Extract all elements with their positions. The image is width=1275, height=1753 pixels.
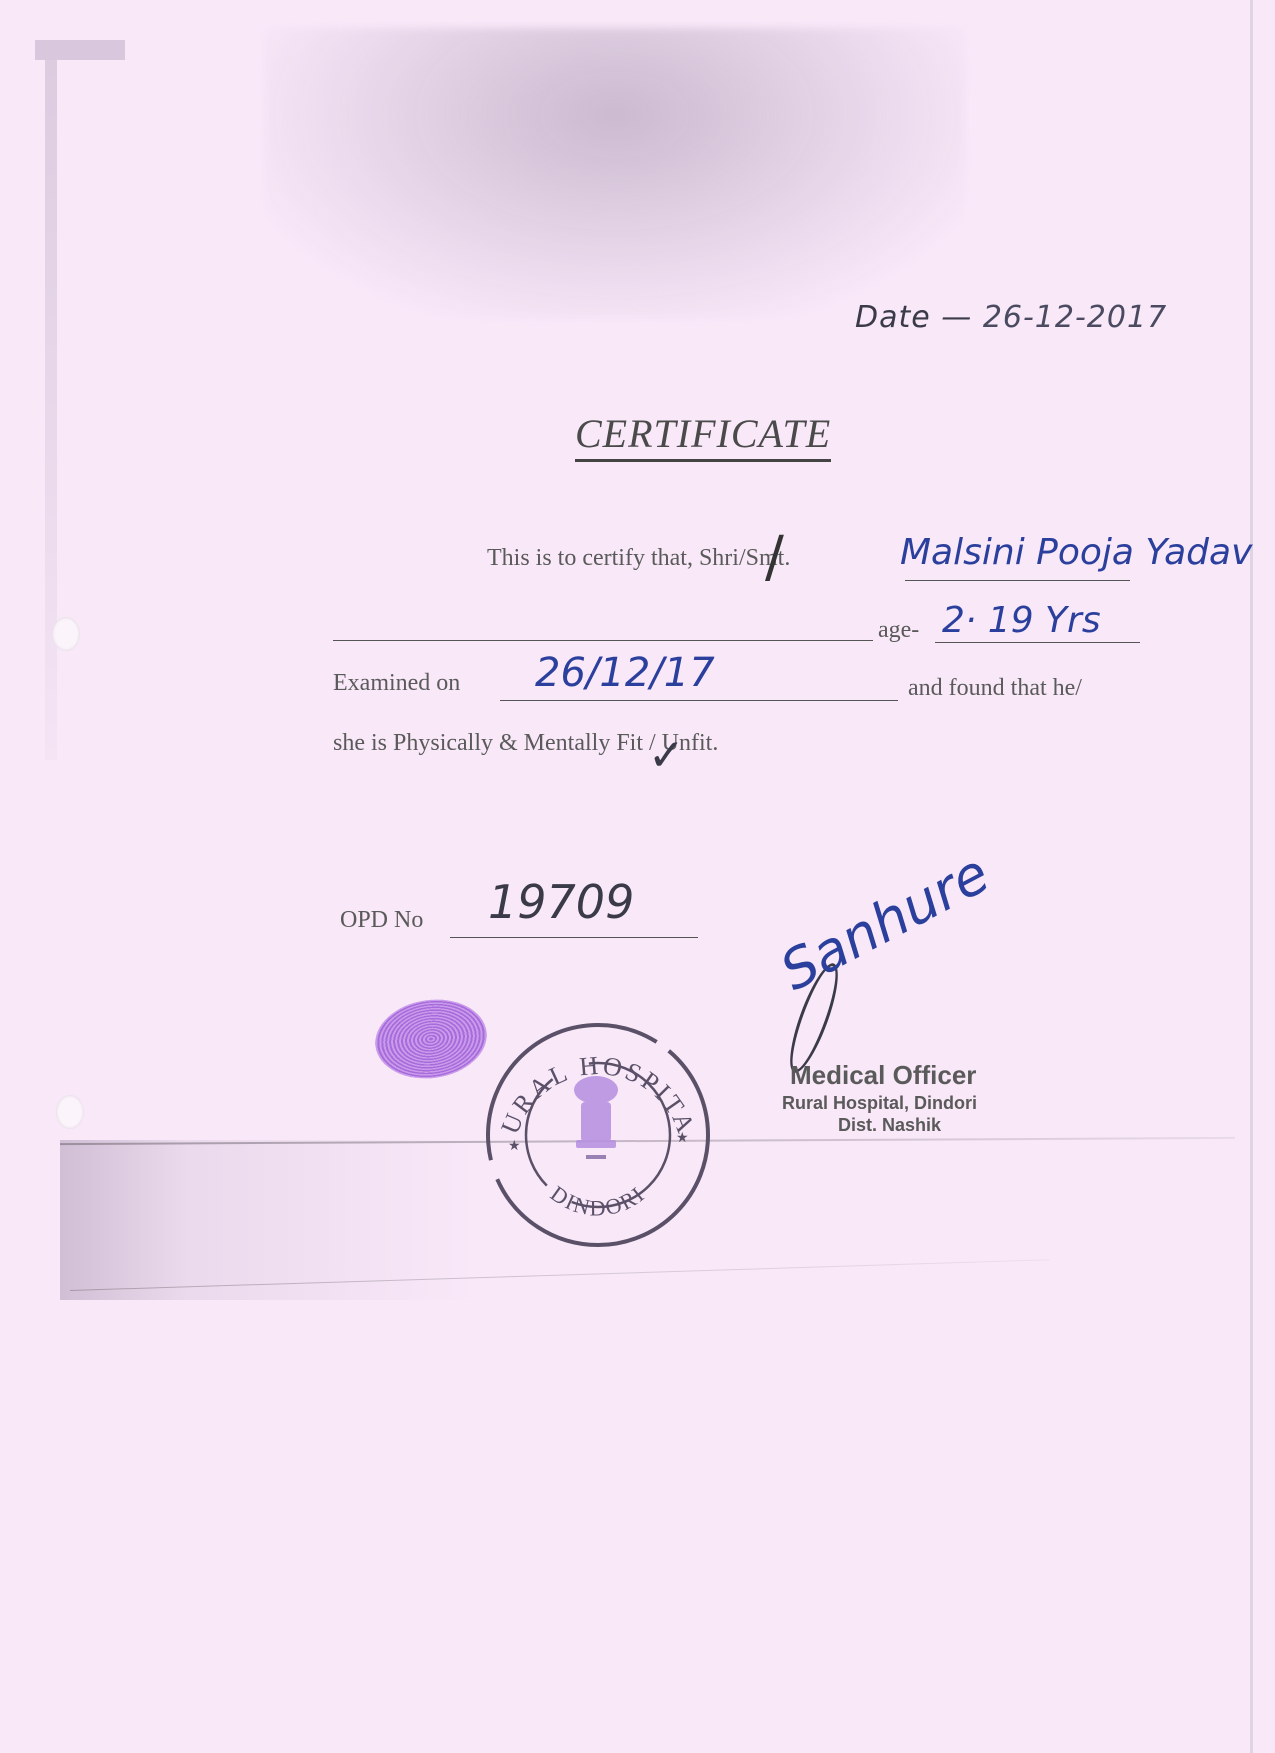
page-edge (1250, 0, 1253, 1753)
age-value: 2· 19 Yrs (942, 600, 1101, 641)
medical-officer-signature: Sanhure (770, 842, 999, 1003)
scan-smudge-top-left (35, 40, 125, 60)
examined-date: 26/12/17 (535, 650, 715, 696)
blank-underline (333, 640, 873, 641)
opd-number: 19709 (488, 875, 634, 929)
national-emblem-icon (574, 1076, 618, 1159)
date-line: Date — 26-12-2017 (855, 300, 1167, 335)
found-text: and found that he/ (908, 675, 1082, 702)
date-separator: — (941, 300, 972, 335)
patient-name: Malsini Pooja Yadav (900, 532, 1252, 573)
age-underline (935, 642, 1140, 643)
punch-hole-icon (56, 1095, 84, 1129)
certificate-page: Date — 26-12-2017 CERTIFICATE This is to… (0, 0, 1275, 1753)
examined-underline (500, 700, 898, 701)
age-label: age- (878, 617, 919, 644)
checkmark-icon: ✓ (648, 730, 685, 781)
certify-text: This is to certify that, Shri/Smt. (487, 545, 790, 572)
date-label: Date (855, 300, 931, 335)
stamp-bottom-text: DINDORI (546, 1181, 650, 1221)
star-icon: ★ (508, 1139, 521, 1154)
certificate-title: CERTIFICATE (575, 410, 831, 462)
hospital-stamp: RURAL HOSPITAL DINDORI ★ ★ (478, 1010, 718, 1250)
thumbprint-icon (370, 993, 492, 1086)
paper-crease-lower (70, 1259, 1050, 1291)
scan-smudge-bottom (60, 1140, 480, 1300)
opd-label: OPD No (340, 907, 423, 934)
name-underline (905, 580, 1130, 581)
scan-smudge-top (265, 28, 965, 318)
signatory-title: Medical Officer (790, 1060, 976, 1091)
signatory-district: Dist. Nashik (838, 1115, 941, 1136)
star-icon: ★ (676, 1131, 689, 1146)
opd-underline (450, 937, 698, 938)
strike-mark-icon: / (765, 525, 784, 590)
examined-label: Examined on (333, 670, 460, 697)
date-value: 26-12-2017 (983, 300, 1167, 335)
scan-smudge-left (45, 60, 57, 760)
signatory-institution: Rural Hospital, Dindori (782, 1093, 977, 1114)
punch-hole-icon (52, 617, 80, 651)
